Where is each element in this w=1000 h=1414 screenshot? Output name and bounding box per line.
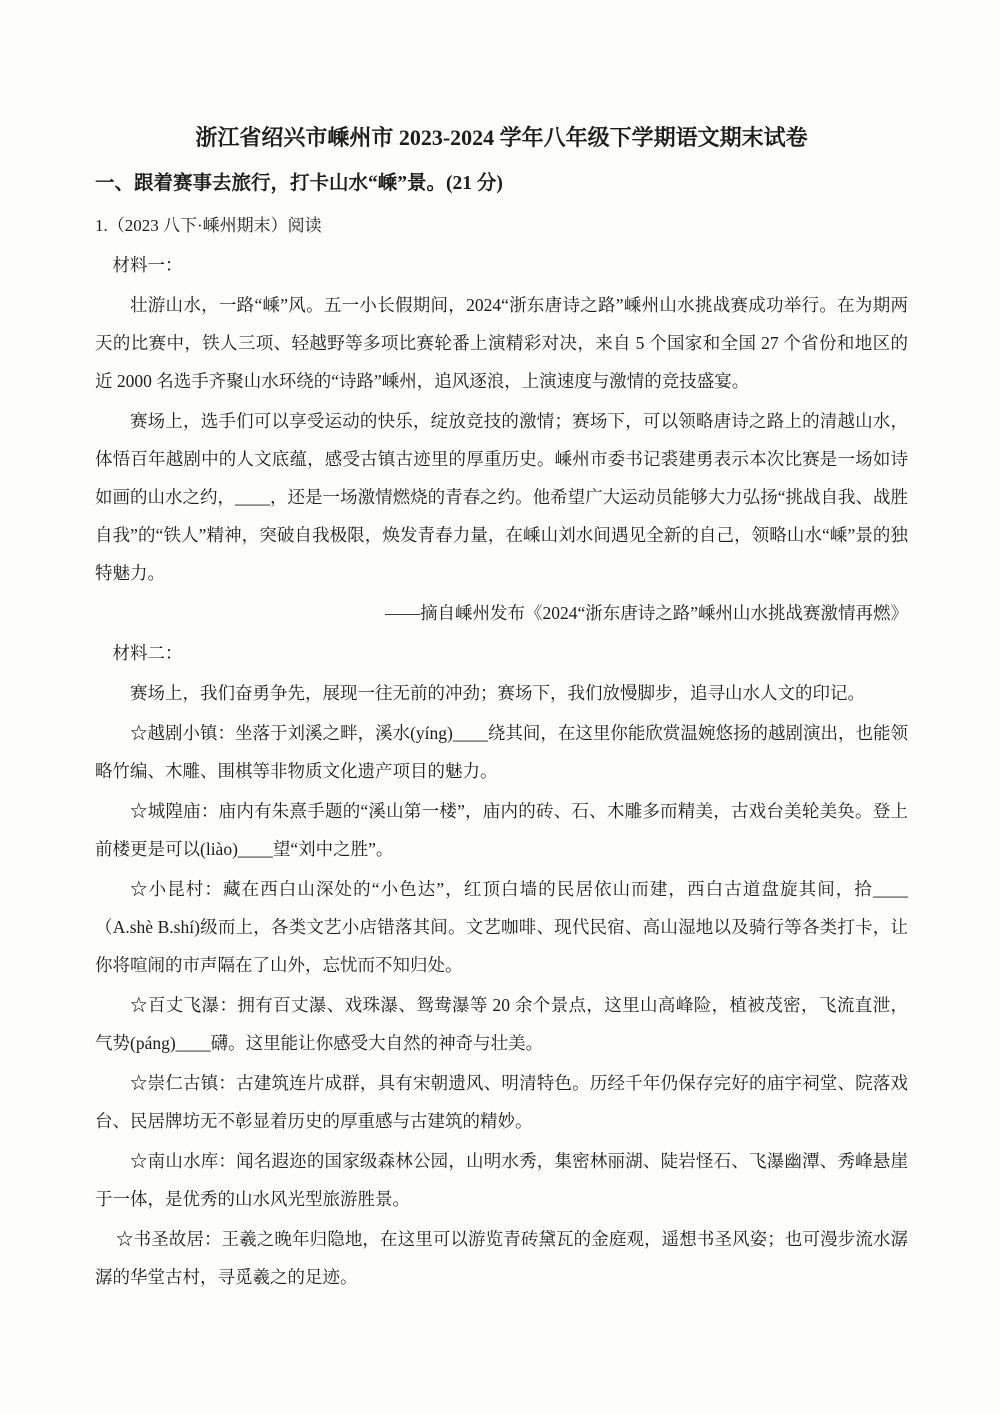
exam-paper-page: 浙江省绍兴市嵊州市 2023-2024 学年八年级下学期语文期末试卷 一、跟着赛… xyxy=(0,0,1000,1414)
material-two-item-chenghuang-temple: ☆城隍庙：庙内有朱熹手题的“溪山第一楼”，庙内的砖、石、木雕多而精美，古戏台美轮… xyxy=(95,792,908,868)
material-two-intro: 赛场上，我们奋勇争先，展现一往无前的冲劲；赛场下，我们放慢脚步，追寻山水人文的印… xyxy=(95,674,908,712)
material-two-item-nanshan-reservoir: ☆南山水库：闻名遐迩的国家级森林公园，山明水秀，集密林丽湖、陡岩怪石、飞瀑幽潭、… xyxy=(95,1142,908,1218)
material-one-paragraph-2: 赛场上，选手们可以享受运动的快乐，绽放竞技的激情；赛场下，可以领略唐诗之路上的清… xyxy=(95,402,908,592)
material-one-attribution: ——摘自嵊州发布《2024“浙东唐诗之路”嵊州山水挑战赛激情再燃》 xyxy=(95,594,908,632)
material-two-label: 材料二： xyxy=(95,634,908,672)
material-two-item-chongren-ancient-town: ☆崇仁古镇：古建筑连片成群，具有宋朝遗风、明清特色。历经千年仍保存完好的庙宇祠堂… xyxy=(95,1064,908,1140)
material-two-item-shusheng-residence: ☆书圣故居：王羲之晚年归隐地，在这里可以游览青砖黛瓦的金庭观，遥想书圣风姿；也可… xyxy=(95,1220,908,1296)
material-one-label: 材料一： xyxy=(95,246,908,284)
material-two-item-baizhang-waterfall: ☆百丈飞瀑：拥有百丈瀑、戏珠瀑、鸳鸯瀑等 20 余个景点，这里山高峰险，植被茂密… xyxy=(95,986,908,1062)
material-one-paragraph-1: 壮游山水，一路“嵊”风。五一小长假期间，2024“浙东唐诗之路”嵊州山水挑战赛成… xyxy=(95,286,908,400)
material-two-item-yueju-town: ☆越剧小镇：坐落于刘溪之畔，溪水(yíng)____绕其间，在这里你能欣赏温婉悠… xyxy=(95,714,908,790)
section-one-heading: 一、跟着赛事去旅行，打卡山水“嵊”景。(21 分) xyxy=(95,168,908,200)
question-1-label: 1.（2023 八下·嵊州期末）阅读 xyxy=(95,208,908,244)
material-two-item-xiaokun-village: ☆小昆村：藏在西白山深处的“小色达”，红顶白墙的民居依山而建，西白古道盘旋其间，… xyxy=(95,870,908,984)
document-title: 浙江省绍兴市嵊州市 2023-2024 学年八年级下学期语文期末试卷 xyxy=(95,122,908,154)
